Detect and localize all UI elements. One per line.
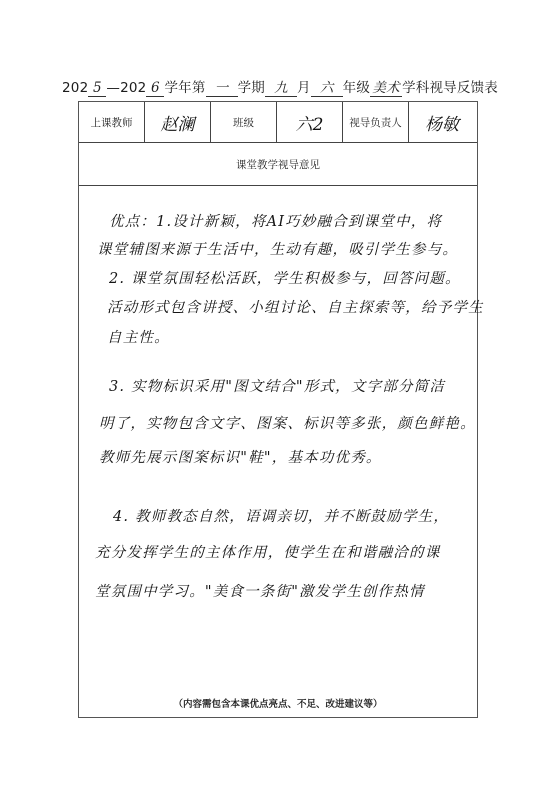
semester-fill: 一 (206, 81, 238, 97)
handwritten-line: 课堂辅图来源于生活中，生动有趣，吸引学生参与。 (97, 238, 458, 259)
class-value: 六2 (277, 102, 343, 142)
handwritten-line: 充分发挥学生的主体作用，使学生在和谐融洽的课 (95, 541, 440, 562)
handwritten-line: 明了，实物包含文字、图案、标识等多张，颜色鲜艳。 (99, 412, 476, 433)
title-suffix: 学科视导反馈表 (402, 80, 498, 96)
teacher-label: 上课教师 (79, 102, 145, 142)
info-row: 上课教师 赵澜 班级 六2 视导负责人 杨敏 (79, 102, 477, 143)
handwritten-line: 教师先展示图案标识"鞋"，基本功优秀。 (99, 446, 382, 467)
title-yue: 月 (297, 80, 311, 96)
handwritten-line: 4. 教师教态自然，语调亲切，并不断鼓励学生， (113, 505, 449, 526)
subject-fill: 美术 (370, 81, 402, 97)
handwritten-line: 优点：1.设计新颖，将AI巧妙融合到课堂中，将 (109, 210, 442, 231)
class-label: 班级 (211, 102, 277, 142)
year-end-fill: 6 (146, 81, 164, 97)
handwritten-line: 3. 实物标识采用"图文结合"形式，文字部分简洁 (109, 375, 445, 396)
year-start-fill: 5 (88, 81, 106, 97)
supervisor-label: 视导负责人 (343, 102, 409, 142)
handwritten-line: 2. 课堂氛围轻松活跃，学生积极参与，回答问题。 (109, 267, 461, 288)
title-dash: — (106, 80, 120, 96)
feedback-content: 优点：1.设计新颖，将AI巧妙融合到课堂中，将 课堂辅图来源于生活中，生动有趣，… (79, 186, 477, 716)
form-title: 2025—2026学年第一学期九月六年级美术学科视导反馈表 (60, 76, 500, 97)
section-title: 课堂教学视导意见 (79, 143, 477, 186)
handwritten-line: 自主性。 (107, 326, 170, 347)
feedback-table: 上课教师 赵澜 班级 六2 视导负责人 杨敏 课堂教学视导意见 优点：1.设计新… (78, 101, 478, 718)
feedback-form-page: 2025—2026学年第一学期九月六年级美术学科视导反馈表 上课教师 赵澜 班级… (0, 0, 554, 788)
year-start-prefix: 202 (62, 80, 88, 96)
title-xueqi: 学期 (238, 80, 265, 96)
year-end-prefix: 202 (120, 80, 146, 96)
handwritten-line: 活动形式包含讲授、小组讨论、自主探索等，给予学生 (107, 296, 484, 317)
handwritten-line: 堂氛围中学习。"美食一条街"激发学生创作热情 (95, 580, 425, 601)
form-footnote: （内容需包含本课优点亮点、不足、改进建议等） (79, 696, 477, 710)
teacher-value: 赵澜 (145, 102, 211, 142)
supervisor-value: 杨敏 (409, 102, 475, 142)
grade-fill: 六 (311, 81, 343, 97)
title-xuenian: 学年第 (164, 80, 205, 96)
month-fill: 九 (265, 81, 297, 97)
title-nianji: 年级 (343, 80, 370, 96)
